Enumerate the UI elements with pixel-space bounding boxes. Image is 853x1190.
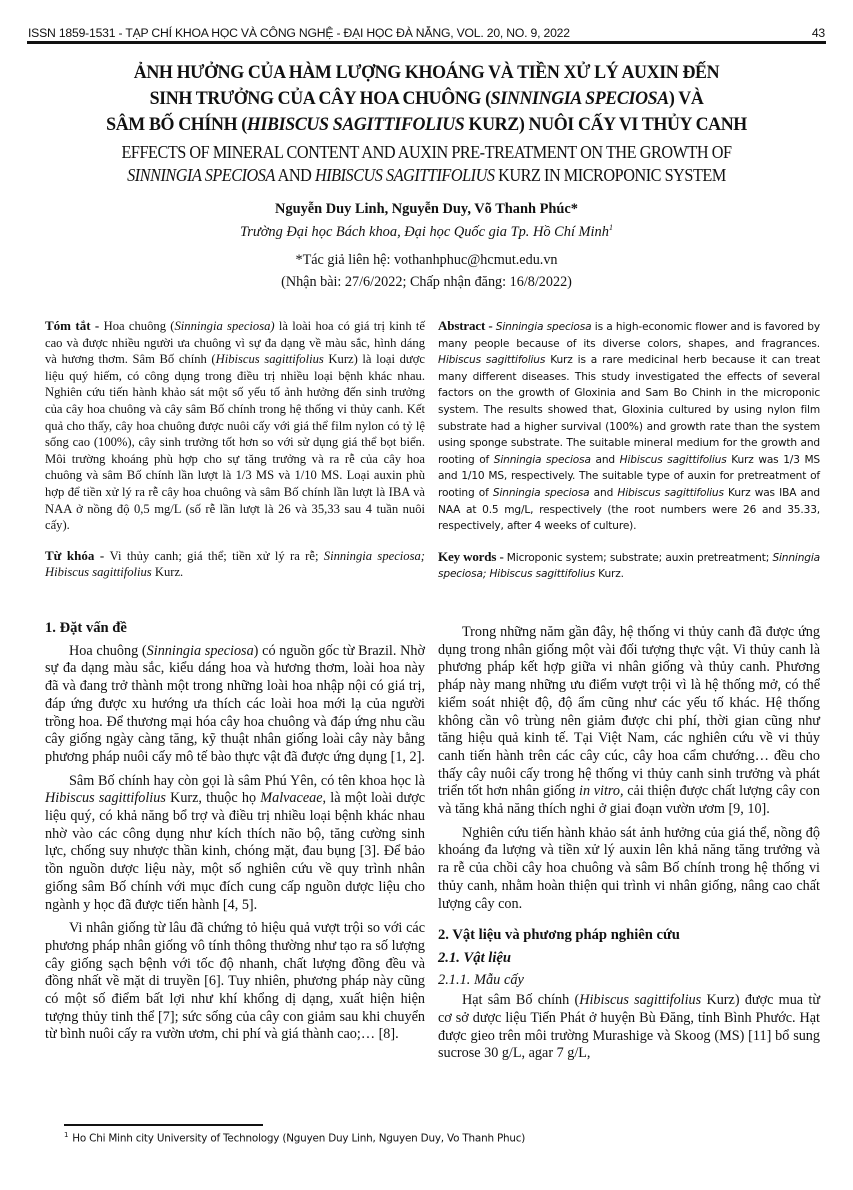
body-column-right: Trong những năm gần đây, hệ thống vi thủ… (438, 624, 820, 1069)
keywords-en-label: Key words - (438, 549, 507, 564)
keywords-vietnamese: Từ khóa - Vi thủy canh; giá thể; tiền xử… (45, 548, 425, 581)
paragraph: Nghiên cứu tiến hành khảo sát ảnh hưởng … (438, 825, 820, 914)
paragraph: Hoa chuông (Sinningia speciosa) có nguồn… (45, 643, 425, 767)
abstract-vi-text: Tóm tắt - Hoa chuông (Sinningia speciosa… (45, 318, 425, 534)
section-2-heading: 2. Vật liệu và phương pháp nghiên cứu (438, 927, 820, 945)
footnote-rule (64, 1124, 263, 1126)
abstract-vi-label: Tóm tắt - (45, 318, 104, 333)
title-en-line-1: EFFECTS OF MINERAL CONTENT AND AUXIN PRE… (52, 141, 802, 164)
paragraph: Vi nhân giống từ lâu đã chứng tỏ hiệu qu… (45, 920, 425, 1044)
abstract-en-text: Abstract - Sinningia speciosa is a high-… (438, 318, 820, 535)
page-number: 43 (812, 26, 825, 40)
paragraph: Hạt sâm Bố chính (Hibiscus sagittifolius… (438, 992, 820, 1063)
paragraph: Trong những năm gần đây, hệ thống vi thủ… (438, 624, 820, 819)
submission-dates: (Nhận bài: 27/6/2022; Chấp nhận đăng: 16… (0, 274, 853, 291)
header-rule (27, 41, 826, 44)
keywords-english: Key words - Microponic system; substrate… (438, 549, 820, 583)
corresponding-author: *Tác giả liên hệ: vothanhphuc@hcmut.edu.… (0, 252, 853, 269)
running-header: ISSN 1859-1531 - TẠP CHÍ KHOA HỌC VÀ CÔN… (28, 22, 825, 40)
subsection-2-1-1-heading: 2.1.1. Mẫu cấy (438, 972, 820, 990)
abstract-vietnamese: Tóm tắt - Hoa chuông (Sinningia speciosa… (45, 318, 425, 581)
author-list: Nguyễn Duy Linh, Nguyễn Duy, Võ Thanh Ph… (0, 201, 853, 218)
title-vi-line-1: ẢNH HƯỞNG CỦA HÀM LƯỢNG KHOÁNG VÀ TIỀN X… (48, 60, 804, 86)
keywords-vi-label: Từ khóa - (45, 548, 110, 563)
abstract-english: Abstract - Sinningia speciosa is a high-… (438, 318, 820, 583)
title-vietnamese: ẢNH HƯỞNG CỦA HÀM LƯỢNG KHOÁNG VÀ TIỀN X… (48, 60, 804, 138)
journal-line: ISSN 1859-1531 - TẠP CHÍ KHOA HỌC VÀ CÔN… (28, 26, 570, 40)
abstract-en-label: Abstract - (438, 318, 496, 333)
paragraph: Sâm Bố chính hay còn gọi là sâm Phú Yên,… (45, 773, 425, 915)
body-column-left: 1. Đặt vấn đề Hoa chuông (Sinningia spec… (45, 620, 425, 1050)
title-vi-line-2: SINH TRƯỞNG CỦA CÂY HOA CHUÔNG (SINNINGI… (48, 86, 804, 112)
subsection-2-1-heading: 2.1. Vật liệu (438, 950, 820, 968)
section-1-heading: 1. Đặt vấn đề (45, 620, 425, 638)
title-en-line-2: SINNINGIA SPECIOSA AND HIBISCUS SAGITTIF… (52, 164, 802, 187)
title-english: EFFECTS OF MINERAL CONTENT AND AUXIN PRE… (52, 141, 802, 187)
affiliation: Trường Đại học Bách khoa, Đại học Quốc g… (0, 223, 853, 241)
journal-page: ISSN 1859-1531 - TẠP CHÍ KHOA HỌC VÀ CÔN… (0, 0, 853, 1190)
title-vi-line-3: SÂM BỐ CHÍNH (HIBISCUS SAGITTIFOLIUS KUR… (48, 112, 804, 138)
footnote: 1Ho Chi Minh city University of Technolo… (64, 1131, 525, 1144)
